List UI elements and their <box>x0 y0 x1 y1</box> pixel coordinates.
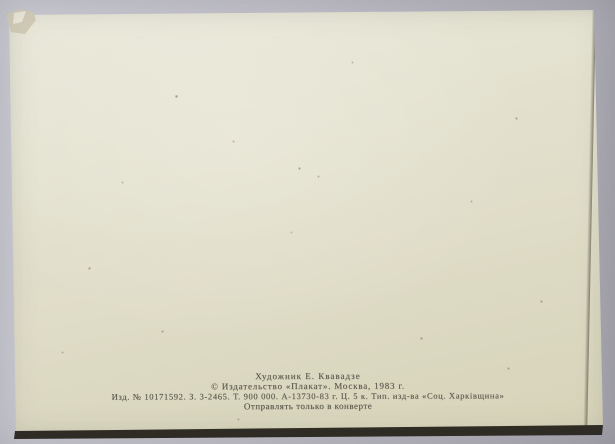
mailing-instruction: Отправлять только в конверте <box>2 400 614 412</box>
postcard-back: Художник Е. Квавадзе © Издательство «Пла… <box>0 0 615 444</box>
card-top-edge-wear <box>6 6 596 14</box>
postcard-photo: Художник Е. Квавадзе © Издательство «Пла… <box>0 0 615 444</box>
imprint-block: Художник Е. Квавадзе © Издательство «Пла… <box>2 370 614 412</box>
card-texture-specks <box>0 0 1 1</box>
card-right-edge-wear <box>583 9 596 429</box>
